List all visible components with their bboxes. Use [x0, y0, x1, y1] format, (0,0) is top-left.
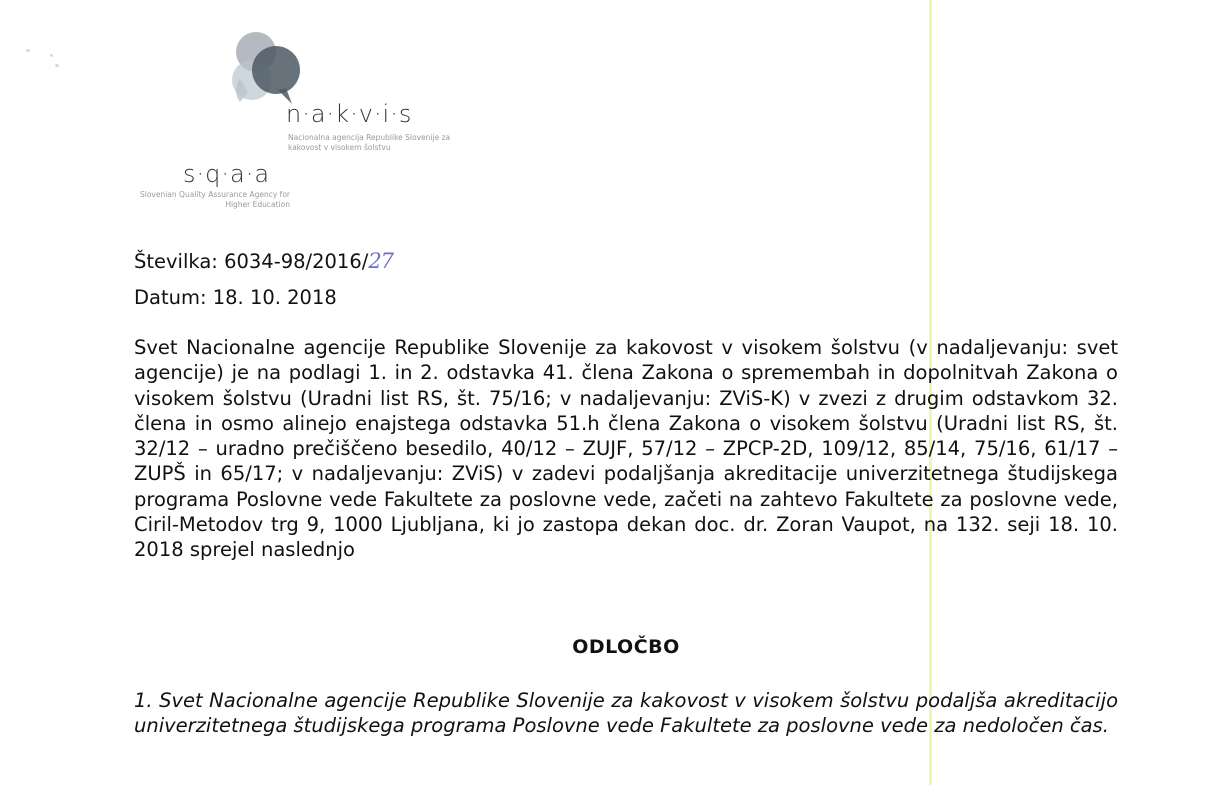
handwritten-number: 27: [368, 249, 393, 273]
scan-speck: [26, 49, 30, 52]
speech-bubbles-icon: [226, 30, 306, 110]
nakvis-subtitle: Nacionalna agencija Republike Slovenije …: [288, 133, 458, 153]
nakvis-wordmark: n·a·k·v·i·s: [286, 100, 412, 128]
sqaa-subtitle: Slovenian Quality Assurance Agency for H…: [136, 190, 290, 210]
sqaa-wordmark: s·q·a·a: [183, 160, 270, 188]
scan-speck: [50, 54, 53, 57]
scan-speck: [55, 64, 59, 67]
preamble-paragraph: Svet Nacionalne agencije Republike Slove…: [134, 335, 1118, 563]
decision-item-1: 1. Svet Nacionalne agencije Republike Sl…: [134, 688, 1118, 738]
document-number: Številka: 6034-98/2016/27: [134, 249, 393, 273]
decision-heading: ODLOČBO: [134, 636, 1118, 658]
document-number-label: Številka: 6034-98/2016/: [134, 250, 368, 273]
document-date: Datum: 18. 10. 2018: [134, 286, 337, 309]
